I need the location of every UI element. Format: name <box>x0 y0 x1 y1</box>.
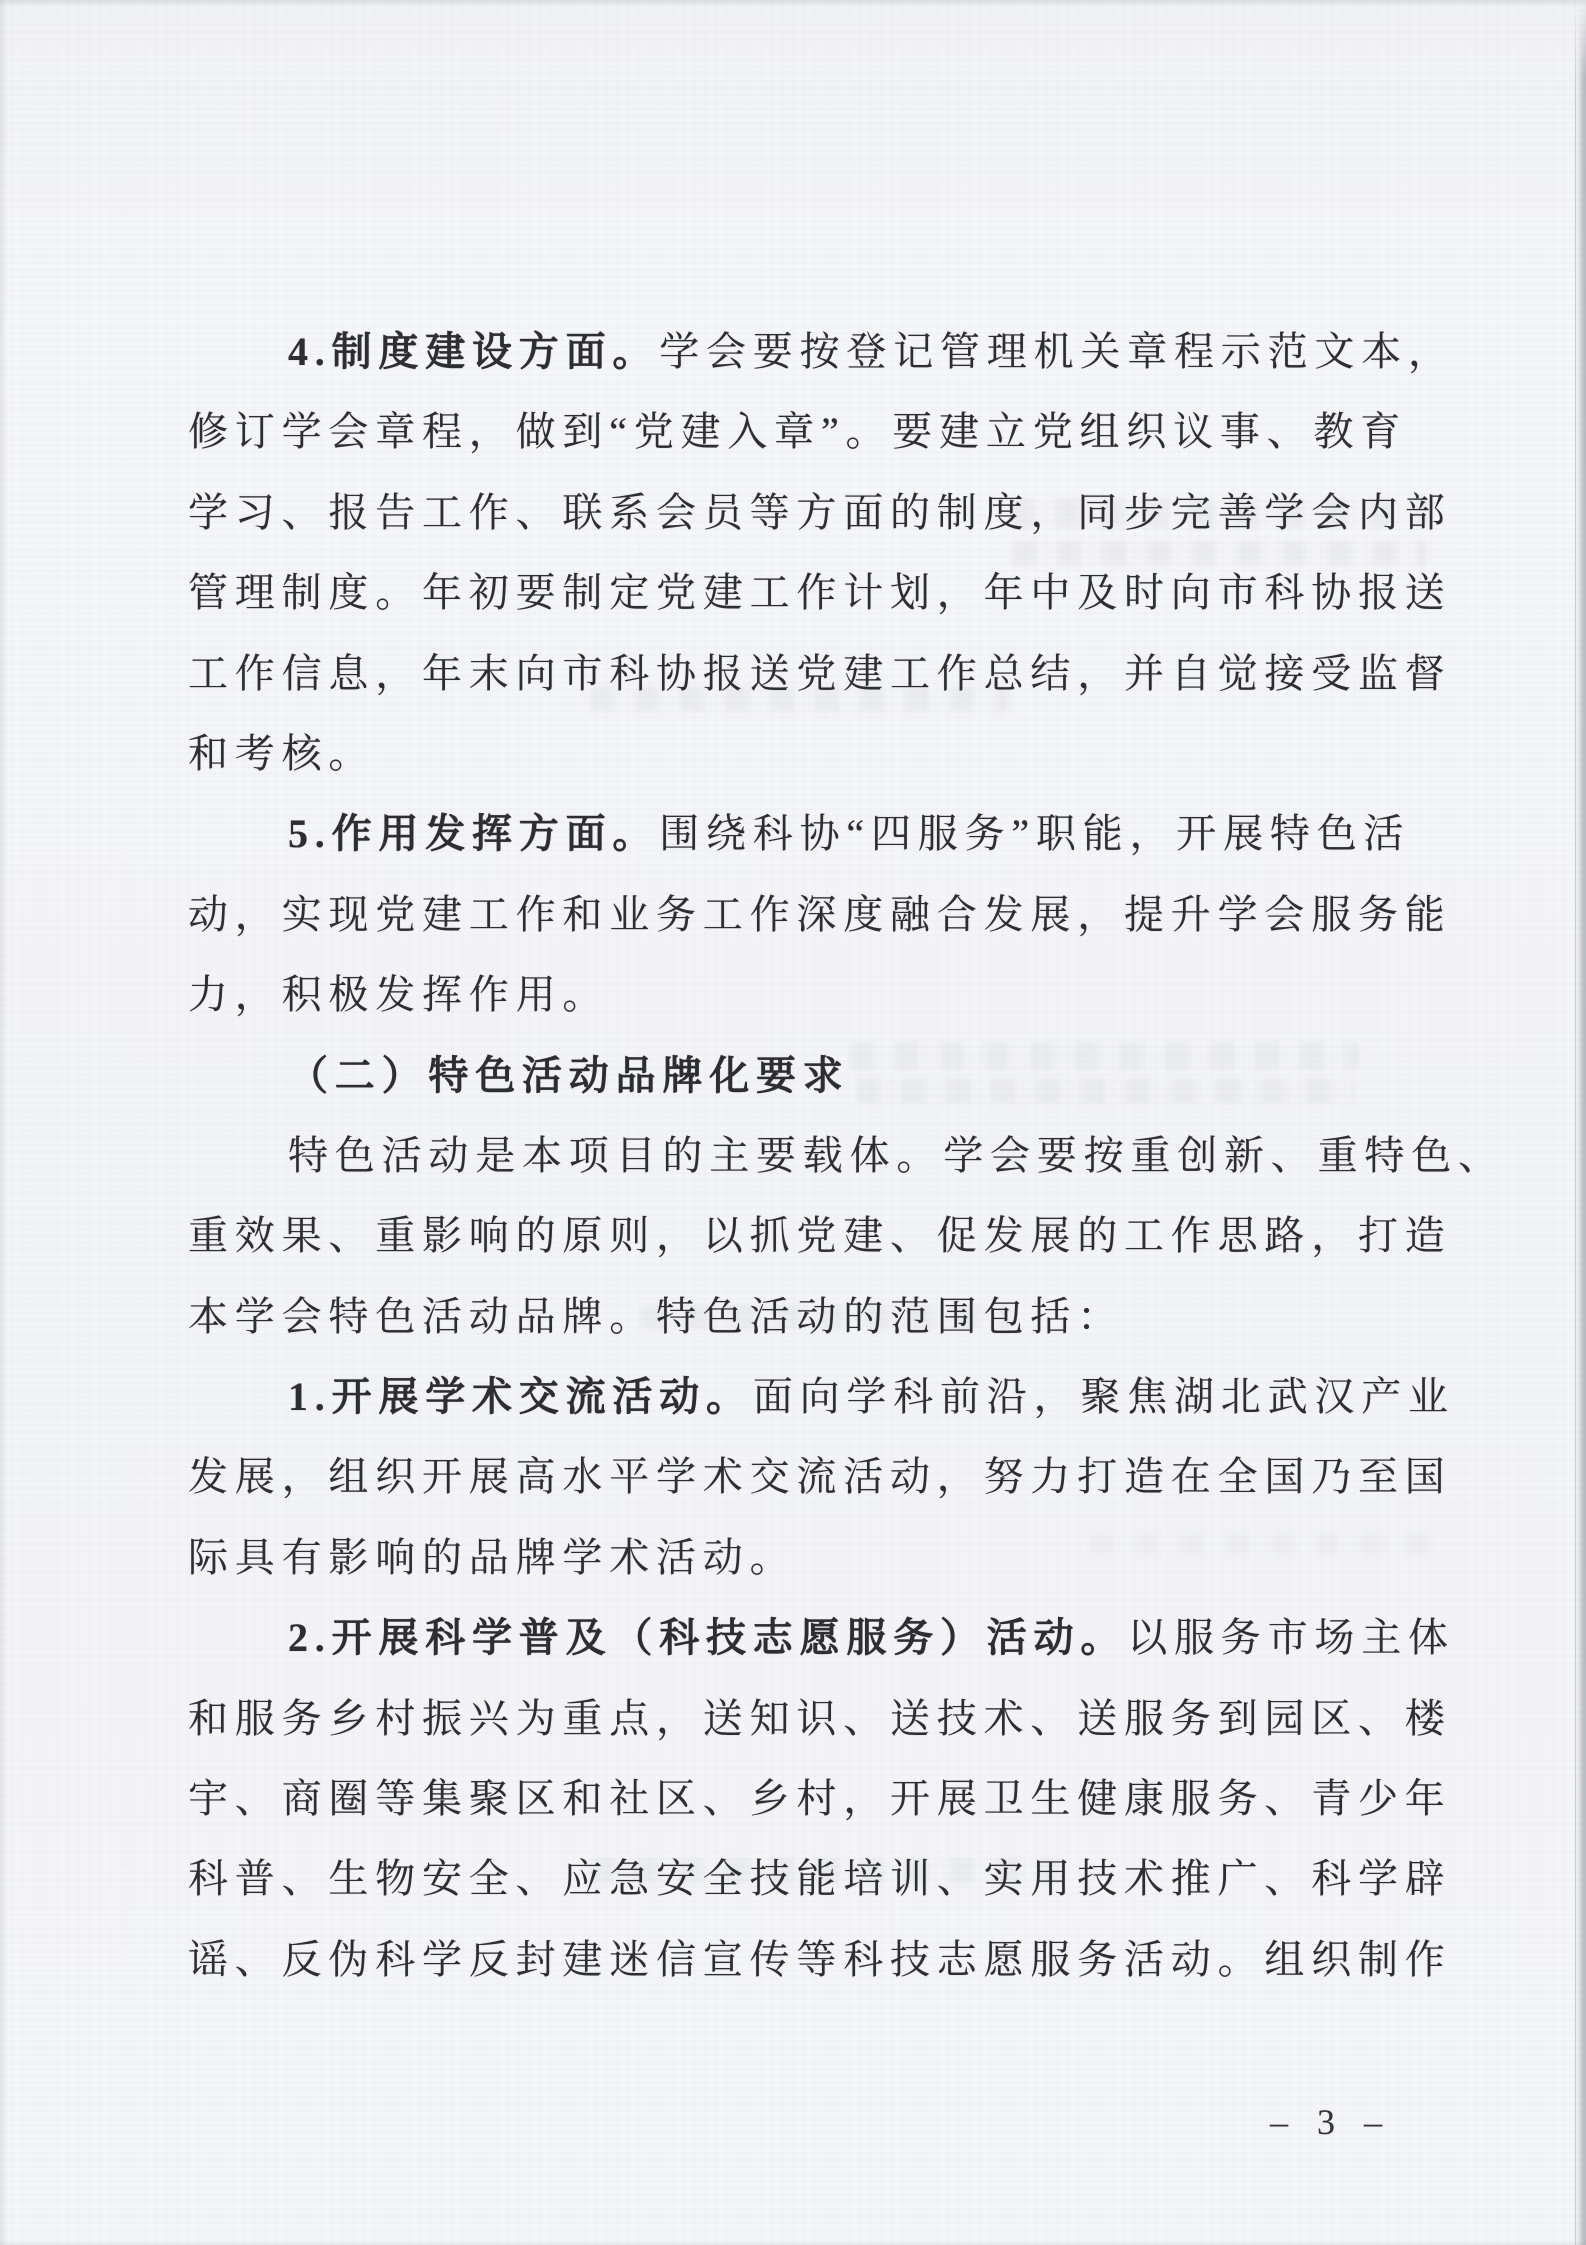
line-text: 和服务乡村振兴为重点，送知识、送技术、送服务到园区、楼 <box>188 1696 1452 1741</box>
section-heading: （二）特色活动品牌化要求 <box>188 1036 1488 1116</box>
line-text: 修订学会章程，做到“党建入章”。要建立党组织议事、教育 <box>188 409 1407 454</box>
line-text: 力，积极发挥作用。 <box>188 972 609 1017</box>
line-text: 宇、商圈等集聚区和社区、乡村，开展卫生健康服务、青少年 <box>188 1776 1452 1821</box>
text-line: 力，积极发挥作用。 <box>188 955 1488 1035</box>
paragraph-lead-in: 4.制度建设方面。 <box>288 329 659 374</box>
line-text: 管理制度。年初要制定党建工作计划，年中及时向市科协报送 <box>188 570 1452 615</box>
line-text: 科普、生物安全、应急安全技能培训、实用技术推广、科学辟 <box>188 1856 1452 1901</box>
text-line: 谣、反伪科学反封建迷信宣传等科技志愿服务活动。组织制作 <box>188 1920 1488 2000</box>
line-text: 工作信息，年末向市科协报送党建工作总结，并自觉接受监督 <box>188 651 1452 696</box>
text-line: 4.制度建设方面。学会要按登记管理机关章程示范文本， <box>188 312 1488 392</box>
line-text: 本学会特色活动品牌。特色活动的范围包括： <box>188 1294 1124 1339</box>
line-text: 动，实现党建工作和业务工作深度融合发展，提升学会服务能 <box>188 892 1452 937</box>
text-line: 际具有影响的品牌学术活动。 <box>188 1518 1488 1598</box>
line-text: 以服务市场主体 <box>1127 1615 1455 1660</box>
page-number: – 3 – <box>1270 2100 1392 2144</box>
text-line: 重效果、重影响的原则，以抓党建、促发展的工作思路，打造 <box>188 1196 1488 1276</box>
text-line: 5.作用发挥方面。围绕科协“四服务”职能，开展特色活 <box>188 794 1488 874</box>
text-line: 1.开展学术交流活动。面向学科前沿，聚焦湖北武汉产业 <box>188 1357 1488 1437</box>
text-line: 和服务乡村振兴为重点，送知识、送技术、送服务到园区、楼 <box>188 1679 1488 1759</box>
page-edge-left-shadow <box>0 0 8 2245</box>
paragraph-lead-in: 1.开展学术交流活动。 <box>288 1374 753 1419</box>
line-text: 际具有影响的品牌学术活动。 <box>188 1535 796 1580</box>
text-line: 和考核。 <box>188 714 1488 794</box>
page-edge-bottom-shadow <box>0 2239 1586 2245</box>
page-edge-top-shadow <box>0 0 1586 7</box>
paragraph-lead-in: 2.开展科学普及（科技志愿服务）活动。 <box>288 1615 1127 1660</box>
line-text: 学习、报告工作、联系会员等方面的制度，同步完善学会内部 <box>188 490 1452 535</box>
text-line: 管理制度。年初要制定党建工作计划，年中及时向市科协报送 <box>188 553 1488 633</box>
line-text: （二）特色活动品牌化要求 <box>288 1053 850 1098</box>
text-line: 修订学会章程，做到“党建入章”。要建立党组织议事、教育 <box>188 392 1488 472</box>
document-body: 4.制度建设方面。学会要按登记管理机关章程示范文本，修订学会章程，做到“党建入章… <box>188 312 1488 2000</box>
line-text: 围绕科协“四服务”职能，开展特色活 <box>659 811 1410 856</box>
line-text: 学会要按登记管理机关章程示范文本， <box>659 329 1455 374</box>
text-line: 本学会特色活动品牌。特色活动的范围包括： <box>188 1277 1488 1357</box>
line-text: 重效果、重影响的原则，以抓党建、促发展的工作思路，打造 <box>188 1213 1452 1258</box>
text-line: 2.开展科学普及（科技志愿服务）活动。以服务市场主体 <box>188 1598 1488 1678</box>
text-line: 发展，组织开展高水平学术交流活动，努力打造在全国乃至国 <box>188 1437 1488 1517</box>
line-text: 面向学科前沿，聚焦湖北武汉产业 <box>753 1374 1455 1419</box>
text-line: 工作信息，年末向市科协报送党建工作总结，并自觉接受监督 <box>188 634 1488 714</box>
line-text: 和考核。 <box>188 731 375 776</box>
scanned-document-page: 4.制度建设方面。学会要按登记管理机关章程示范文本，修订学会章程，做到“党建入章… <box>0 0 1586 2245</box>
paragraph-lead-in: 5.作用发挥方面。 <box>288 811 659 856</box>
line-text: 特色活动是本项目的主要载体。学会要按重创新、重特色、 <box>288 1133 1505 1178</box>
text-line: 宇、商圈等集聚区和社区、乡村，开展卫生健康服务、青少年 <box>188 1759 1488 1839</box>
line-text: 谣、反伪科学反封建迷信宣传等科技志愿服务活动。组织制作 <box>188 1937 1452 1982</box>
text-line: 科普、生物安全、应急安全技能培训、实用技术推广、科学辟 <box>188 1839 1488 1919</box>
page-edge-right-line <box>1575 0 1586 2245</box>
text-line: 学习、报告工作、联系会员等方面的制度，同步完善学会内部 <box>188 473 1488 553</box>
text-line: 动，实现党建工作和业务工作深度融合发展，提升学会服务能 <box>188 875 1488 955</box>
line-text: 发展，组织开展高水平学术交流活动，努力打造在全国乃至国 <box>188 1454 1452 1499</box>
text-line: 特色活动是本项目的主要载体。学会要按重创新、重特色、 <box>188 1116 1488 1196</box>
